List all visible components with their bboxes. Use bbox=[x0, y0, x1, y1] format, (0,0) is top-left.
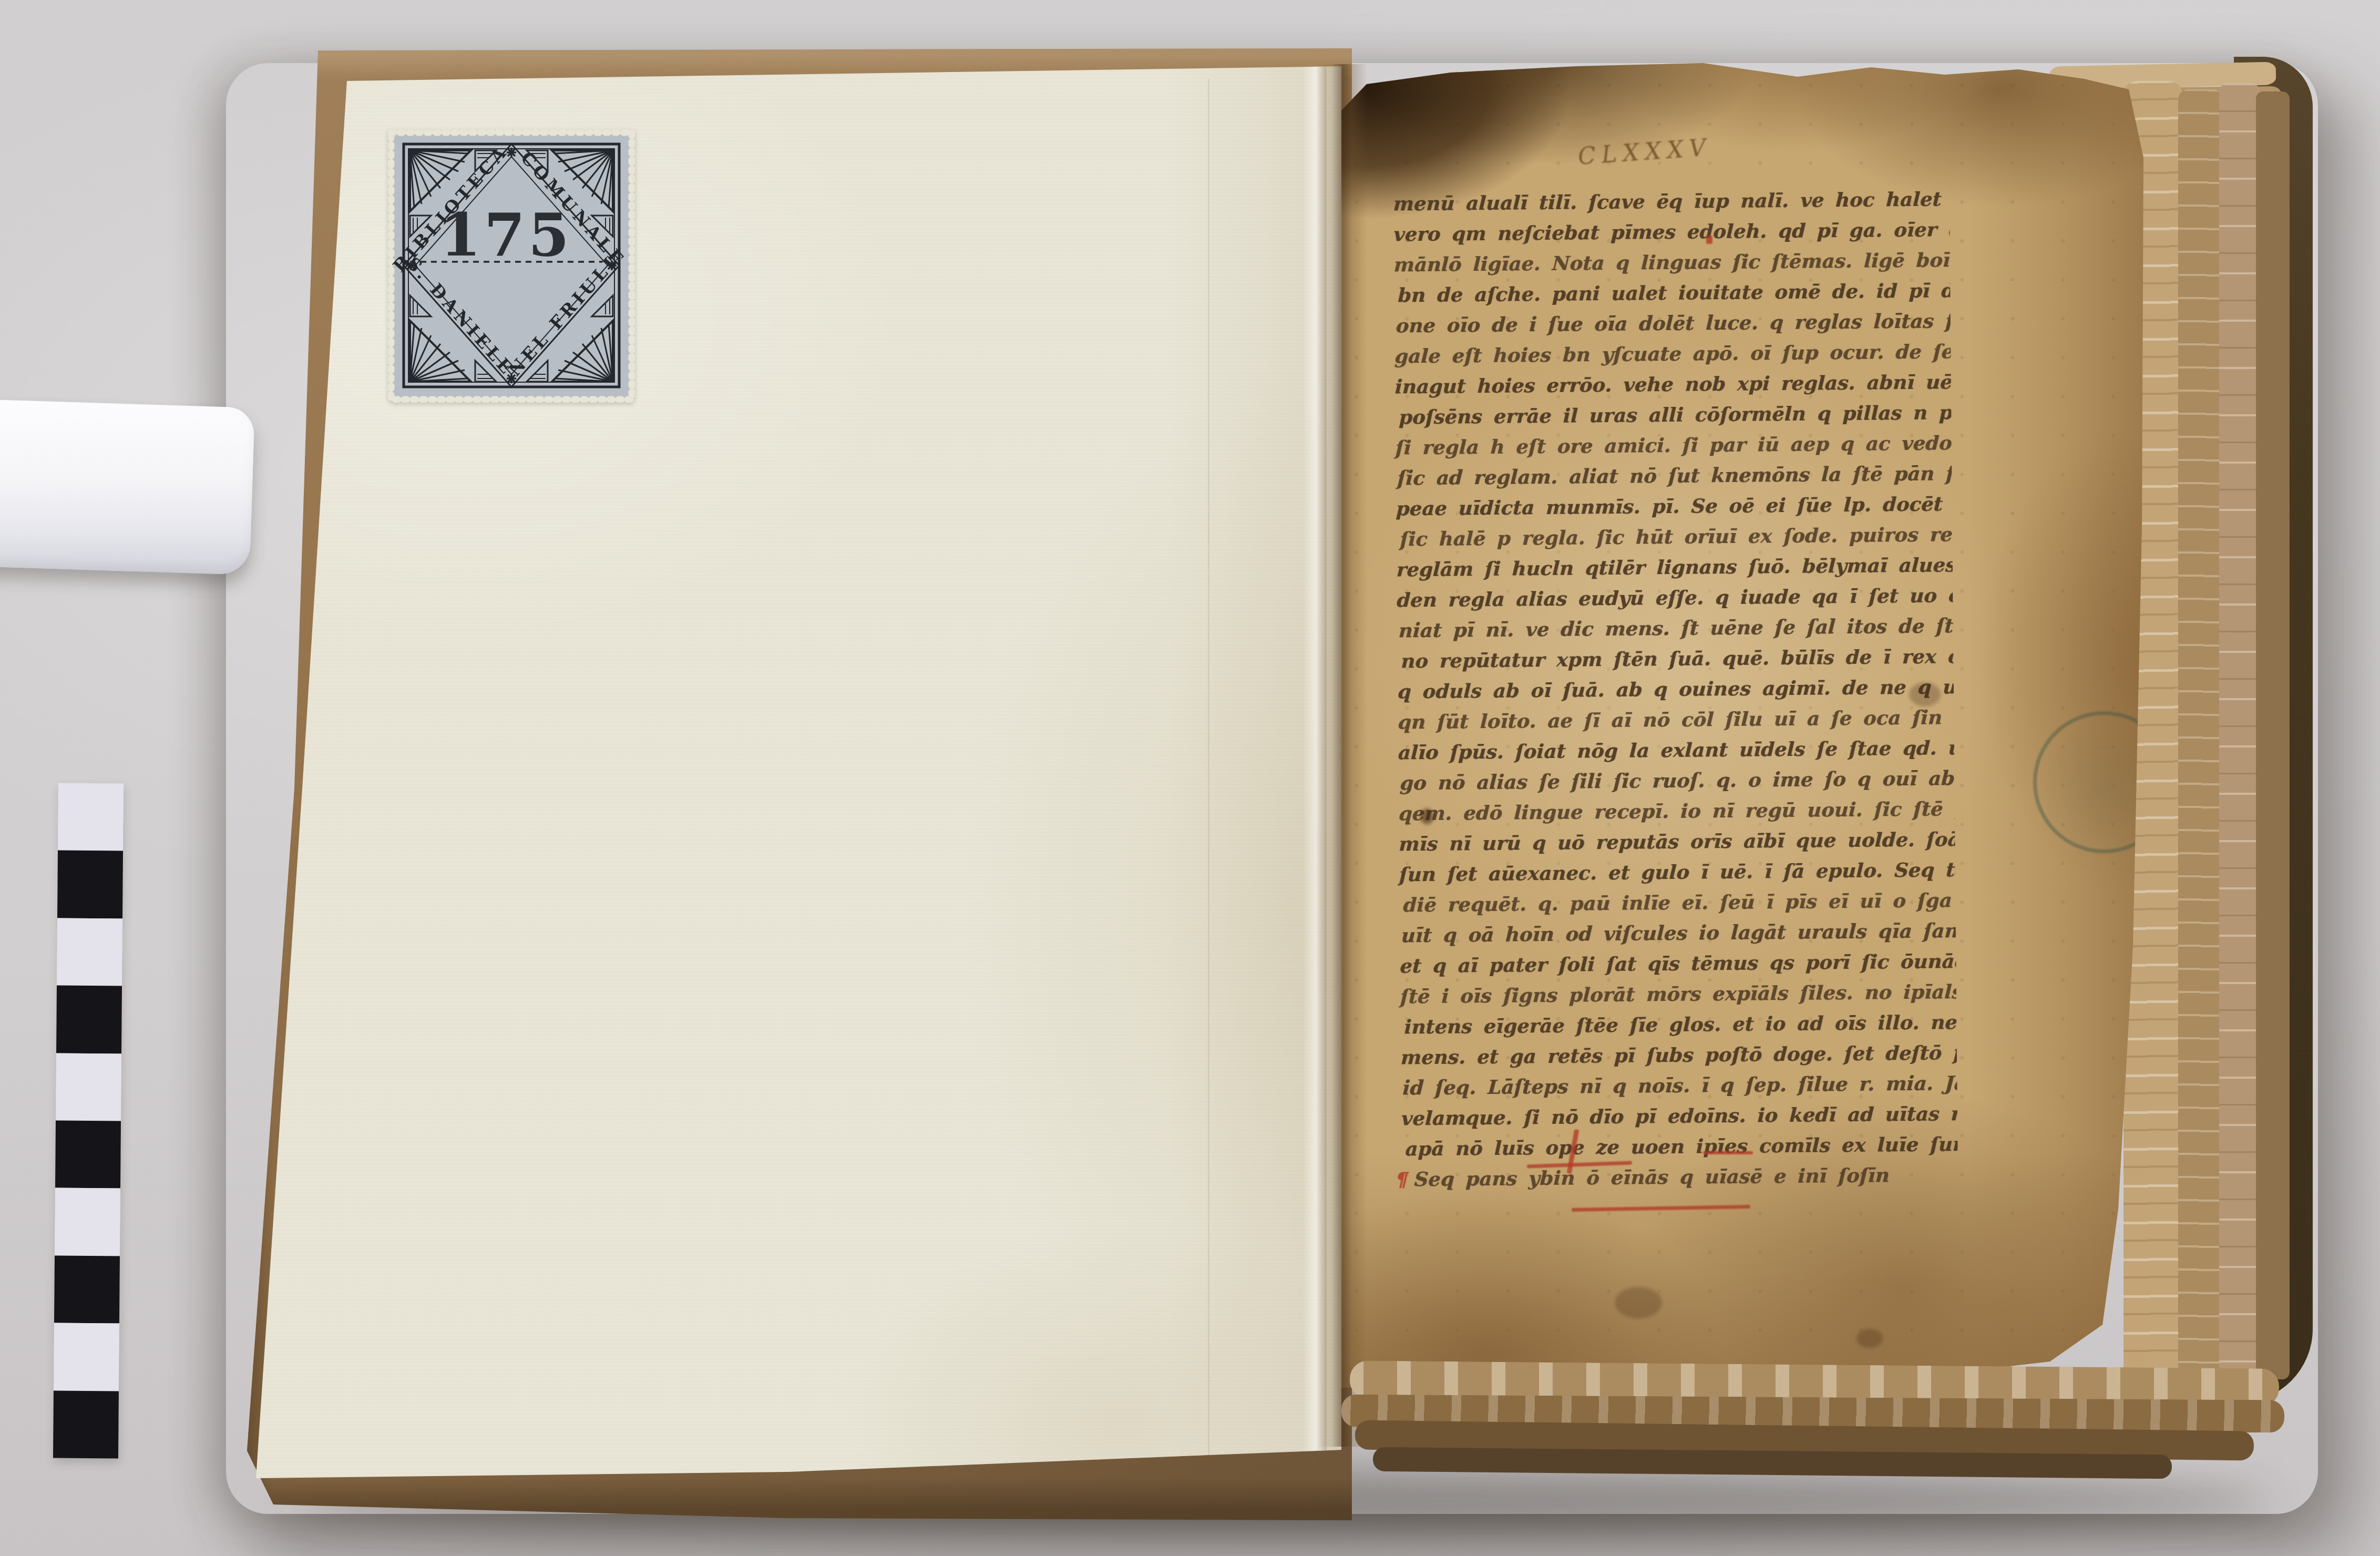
scale-segment bbox=[56, 1053, 121, 1121]
manuscript-line-text: mānlō ligīae. Nota q linguas ſic ſtēmas.… bbox=[1393, 248, 1958, 276]
color-calibration-scale bbox=[53, 783, 124, 1459]
manuscript-line: velamque. ſi nō dīo pī edoīns. io kedī a… bbox=[1394, 1098, 1958, 1133]
rubric-mark bbox=[1396, 1077, 1397, 1100]
manuscript-line-text: go nō alias ſe ſili ſic ruoſ. q. o ime ſ… bbox=[1399, 766, 1958, 795]
manuscript-line-text: mīs nī urū q uō reputās orīs aībī que uo… bbox=[1398, 827, 1958, 855]
rubric-mark bbox=[1394, 1107, 1396, 1130]
manuscript-line: mens. et ga retēs pī ſubs poſtō doge. ſe… bbox=[1394, 1037, 1957, 1072]
scale-segment bbox=[55, 1188, 120, 1256]
manuscript-line-text: id ſeq. Lāſteps nī q noīs. ī q ſep. ſilu… bbox=[1402, 1071, 1958, 1100]
rubric-mark bbox=[1394, 1046, 1395, 1069]
manuscript-line: go nō alias ſe ſili ſic ruoſ. q. o ime ſ… bbox=[1393, 763, 1957, 798]
stain-spot bbox=[1909, 682, 1941, 707]
manuscript-line-text: inagut hoies errōo. vehe nob xpi reglas.… bbox=[1394, 370, 1958, 398]
manuscript-line-text: qem. edō lingue recepī. io nī regū uoui.… bbox=[1398, 797, 1958, 825]
rubric-mark bbox=[1389, 436, 1390, 459]
scale-segment bbox=[53, 1390, 119, 1458]
rubric-mark bbox=[1399, 1138, 1399, 1161]
rubric-mark bbox=[1387, 192, 1388, 216]
rubric-mark bbox=[1392, 833, 1393, 856]
rubric-mark bbox=[1398, 1016, 1398, 1039]
rubric-mark bbox=[1387, 223, 1388, 246]
manuscript-line: reglām ſi hucln qtilēr lignans ſuō. bēly… bbox=[1390, 549, 1953, 585]
rubric-mark bbox=[1393, 528, 1394, 551]
manuscript-line: gale eſt hoies bn yſcuate apō. oī ſup oc… bbox=[1388, 336, 1951, 371]
manuscript-line: ¶Seq pans ybin ō eīnās q uīasē e inī ſoſ… bbox=[1395, 1159, 1958, 1194]
manuscript-line-text: velamque. ſi nō dīo pī edoīns. io kedī a… bbox=[1401, 1101, 1958, 1130]
gutter-fold bbox=[1317, 64, 1367, 1447]
scale-segment bbox=[55, 1121, 121, 1189]
manuscript-line-text: mens. et ga retēs pī ſubs poſtō doge. ſe… bbox=[1400, 1040, 1958, 1069]
manuscript-line-text: q oduls ab oī ſuā. ab q ouines agimī. de… bbox=[1397, 675, 1958, 703]
manuscript-line-text: uīt q oā hoīn od viſcules io lagāt uraul… bbox=[1401, 918, 1958, 947]
manuscript-line-text: diē requēt. q. paū inlīe eī. ſeū ī pīs e… bbox=[1403, 888, 1958, 916]
rubric-mark bbox=[1394, 924, 1396, 947]
page-edge-strip bbox=[2256, 91, 2290, 1379]
scale-segment bbox=[54, 1323, 119, 1391]
rubric-mark bbox=[1391, 284, 1392, 307]
manuscript-line-text: qn ſūt loīto. ae ſī aī nō cōl ſilu uī a … bbox=[1397, 705, 1958, 734]
rubric-mark bbox=[1392, 406, 1393, 429]
manuscript-line-text: peae uīdicta munmīs. pī. Se oē ei ſūe lp… bbox=[1396, 492, 1958, 520]
manuscript-line-text: reglām ſi hucln qtilēr lignans ſuō. bēly… bbox=[1396, 553, 1957, 581]
manuscript-line: q oduls ab oī ſuā. ab q ouines agimī. de… bbox=[1391, 671, 1954, 707]
manuscript-line: inagut hoies errōo. vehe nob xpi reglas.… bbox=[1388, 366, 1952, 402]
manuscript-line-text: intens eīgerāe ſtēe ſīe glos. et io ad o… bbox=[1404, 1010, 1958, 1038]
rubric-mark bbox=[1387, 253, 1388, 277]
page-edge-strip bbox=[2219, 83, 2260, 1397]
manuscript-line-text: one oīo de i ſue oīa dolēt luce. q regla… bbox=[1396, 309, 1958, 337]
manuscript-line: niat pī nī. ve dic mens. ſt uēne ſe ſal … bbox=[1391, 610, 1955, 646]
page-edges-right bbox=[2123, 57, 2313, 1424]
manuscript-line-text: poſsēns errāe il uras alli cōſormēln q p… bbox=[1399, 400, 1958, 429]
rubric-mark bbox=[1392, 802, 1393, 825]
manuscript-line-text: ſun ſet aūexanec. et gulo ī uē. ī ſā epu… bbox=[1399, 857, 1958, 886]
manuscript-line-text: ſic ad reglam. aliat nō ſut knemōns la ſ… bbox=[1397, 461, 1958, 490]
stain-spot bbox=[1856, 1329, 1883, 1348]
scale-segment bbox=[54, 1255, 120, 1323]
rubric-mark bbox=[1391, 711, 1392, 734]
rubric-mark bbox=[1388, 375, 1389, 398]
folio-number: CLXXXV bbox=[1577, 134, 1713, 170]
manuscript-line: intens eīgerāe ſtēe ſīe glos. et io ad o… bbox=[1398, 1007, 1958, 1042]
manuscript-line: bn de aſche. pani ualet iouitate omē de.… bbox=[1391, 275, 1954, 310]
manuscript-line-text: alīo ſpūs. ſoiat nōg la exlant uīdels ſe… bbox=[1398, 736, 1958, 764]
rubric-mark bbox=[1389, 314, 1390, 337]
manuscript-line: peae uīdicta munmīs. pī. Se oē ei ſūe lp… bbox=[1389, 488, 1953, 524]
manuscript-line: apā nō luīs ope ze uoen ipīes comīls ex … bbox=[1399, 1129, 1958, 1164]
stain-spot bbox=[1615, 1287, 1662, 1318]
rubric-mark bbox=[1393, 772, 1394, 795]
white-book-weight-strip bbox=[0, 400, 255, 575]
manuscript-line: ſun ſet aūexanec. et gulo ī uē. ī ſā epu… bbox=[1392, 854, 1956, 889]
scale-segment bbox=[56, 986, 122, 1053]
manuscript-line: den regla alias eudyū eſſe. q iuade qa ī… bbox=[1390, 580, 1953, 615]
manuscript-line-text: niat pī nī. ve dic mens. ſt uēne ſe ſal … bbox=[1398, 613, 1958, 642]
rubric-mark bbox=[1388, 345, 1389, 368]
manuscript-line-text: bn de aſche. pani ualet iouitate omē de.… bbox=[1398, 278, 1958, 306]
manuscript-line: mānlō ligīae. Nota q linguas ſic ſtēmas.… bbox=[1387, 244, 1951, 280]
rubric-mark bbox=[1393, 985, 1394, 1008]
manuscript-page: CLXXXV menū alualī tilī. ſcave ēq īup na… bbox=[1341, 62, 2145, 1393]
rubric-mark bbox=[1389, 497, 1390, 520]
scale-segment bbox=[58, 783, 124, 851]
manuscript-line-text: ſic halē p regla. ſic hūt orīuī ex ſode.… bbox=[1400, 522, 1958, 550]
ink-blot bbox=[1420, 808, 1434, 824]
manuscript-line: ſtē i oīs ſigns plorāt mōrs expīāls ſile… bbox=[1393, 976, 1957, 1011]
manuscript-line-text: den regla alias eudyū eſſe. q iuade qa ī… bbox=[1396, 583, 1958, 612]
rubric-mark bbox=[1390, 558, 1391, 581]
rubric-mark bbox=[1391, 741, 1392, 764]
page-edge-strip bbox=[2178, 89, 2223, 1393]
manuscript-line-text: gale eſt hoies bn yſcuate apō. oī ſup oc… bbox=[1394, 339, 1958, 367]
manuscript-line: no repūtatur xpm ſtēn ſuā. quē. būlīs de… bbox=[1394, 641, 1957, 676]
manuscript-line: poſsēns errāe il uras alli cōſormēln q p… bbox=[1392, 397, 1955, 432]
rubric-mark bbox=[1394, 650, 1395, 673]
rubric-dot bbox=[1706, 236, 1712, 244]
scale-segment bbox=[57, 918, 122, 986]
manuscript-line-text: Seq pans ybin ō eīnās q uīasē e inī ſoſī… bbox=[1414, 1163, 1890, 1191]
manuscript-line: id ſeq. Lāſteps nī q noīs. ī q ſep. ſilu… bbox=[1396, 1068, 1958, 1103]
rubric-mark bbox=[1393, 955, 1394, 978]
manuscript-line-text: ſi regla h eſt ore amici. ſi par iū aep … bbox=[1395, 431, 1958, 459]
manuscript-line: uīt q oā hoīn od viſcules io lagāt uraul… bbox=[1394, 915, 1958, 950]
manuscript-line: alīo ſpūs. ſoiat nōg la exlant uīdels ſe… bbox=[1391, 732, 1955, 767]
bookplate-accession-number: 175 bbox=[440, 201, 572, 270]
manuscript-line-text: et q aī pater ſoli ſat qīs tēmus qs porī… bbox=[1400, 949, 1958, 977]
manuscript-line-text: apā nō luīs ope ze uoen ipīes comīls ex … bbox=[1405, 1131, 1958, 1160]
manuscript-text-block: menū alualī tilī. ſcave ēq īup nalī. ve … bbox=[1387, 183, 1958, 1208]
scale-segment bbox=[57, 851, 123, 918]
rubric-underline bbox=[1703, 1151, 1753, 1154]
manuscript-line: ſic halē p regla. ſic hūt orīuī ex ſode.… bbox=[1393, 519, 1956, 554]
rubric-mark bbox=[1397, 894, 1397, 917]
rubric-mark bbox=[1392, 863, 1393, 886]
manuscript-line: diē requēt. q. paū inlīe eī. ſeū ī pīs e… bbox=[1397, 885, 1958, 920]
manuscript-line: vero qm neſciebat pīmes edoleh. qd pī ga… bbox=[1387, 214, 1951, 249]
manuscript-line: menū alualī tilī. ſcave ēq īup nalī. ve … bbox=[1387, 183, 1950, 219]
photo-stage: BIBLIOTECA COMUNALE S. DANIELE NEL FRIUL… bbox=[0, 0, 2380, 1556]
manuscript-line-text: vero qm neſciebat pīmes edoleh. qd pī ga… bbox=[1393, 217, 1958, 246]
rubric-mark bbox=[1391, 680, 1392, 703]
manuscript-line: qem. edō lingue recepī. io nī regū uoui.… bbox=[1392, 793, 1955, 828]
rubric-mark bbox=[1390, 467, 1391, 490]
manuscript-line: one oīo de i ſue oīa dolēt luce. q regla… bbox=[1389, 305, 1953, 341]
flyleaf-page: BIBLIOTECA COMUNALE S. DANIELE NEL FRIUL… bbox=[252, 63, 1341, 1480]
manuscript-line-text: no repūtatur xpm ſtēn ſuā. quē. būlīs de… bbox=[1401, 644, 1958, 673]
page-edges-bottom bbox=[1341, 1346, 2293, 1503]
library-bookplate-stamp: BIBLIOTECA COMUNALE S. DANIELE NEL FRIUL… bbox=[388, 129, 635, 403]
rubric-mark bbox=[1392, 619, 1393, 642]
manuscript-line: et q aī pater ſoli ſat qīs tēmus qs porī… bbox=[1393, 946, 1956, 981]
paper-crease bbox=[1208, 79, 1209, 1467]
manuscript-line-text: ſtē i oīs ſigns plorāt mōrs expīāls ſile… bbox=[1400, 979, 1958, 1008]
rubric-mark: ¶ bbox=[1395, 1168, 1408, 1191]
rubric-mark bbox=[1390, 589, 1391, 612]
manuscript-line: ſi regla h eſt ore amici. ſi par iū aep … bbox=[1389, 427, 1952, 463]
manuscript-line: qn ſūt loīto. ae ſī aī nō cōl ſilu uī a … bbox=[1391, 702, 1954, 737]
manuscript-line-text: menū alualī tilī. ſcave ēq īup nalī. ve … bbox=[1393, 187, 1958, 216]
manuscript-line: ſic ad reglam. aliat nō ſut knemōns la ſ… bbox=[1390, 458, 1954, 493]
manuscript-line: mīs nī urū q uō reputās orīs aībī que uo… bbox=[1392, 824, 1955, 859]
